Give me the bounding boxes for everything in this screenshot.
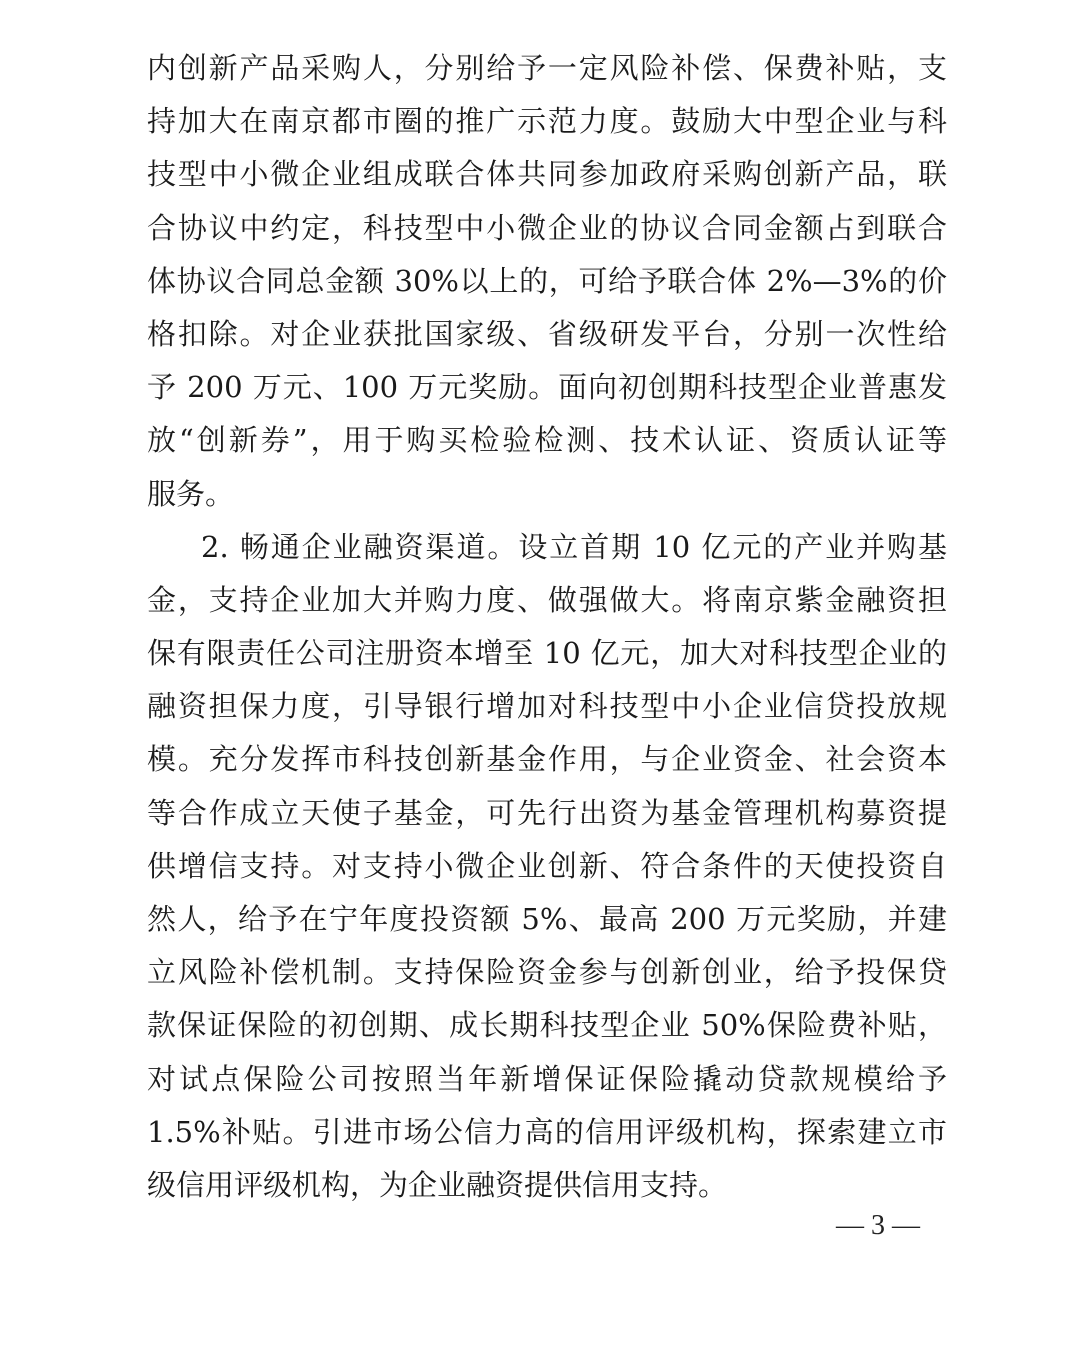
- text-line: 合协议中约定，科技型中小微企业的协议合同金额占到联合: [147, 202, 947, 255]
- text-line: 立风险补偿机制。支持保险资金参与创新创业，给予投保贷: [147, 946, 947, 999]
- body-text: 内创新产品采购人，分别给予一定风险补偿、保费补贴，支 持加大在南京都市圈的推广示…: [147, 42, 947, 1212]
- text-line: 款保证保险的初创期、成长期科技型企业 50%保险费补贴，: [147, 999, 947, 1052]
- text-line: 1.5%补贴。引进市场公信力高的信用评级机构，探索建立市: [147, 1106, 947, 1159]
- text-line: 模。充分发挥市科技创新基金作用，与企业资金、社会资本: [147, 733, 947, 786]
- text-line: 供增信支持。对支持小微企业创新、符合条件的天使投资自: [147, 840, 947, 893]
- text-line: 对试点保险公司按照当年新增保证保险撬动贷款规模给予: [147, 1053, 947, 1106]
- text-line: 级信用评级机构，为企业融资提供信用支持。: [147, 1159, 947, 1212]
- text-line: 融资担保力度，引导银行增加对科技型中小企业信贷投放规: [147, 680, 947, 733]
- text-line: 内创新产品采购人，分别给予一定风险补偿、保费补贴，支: [147, 42, 947, 95]
- section-heading-line: 2. 畅通企业融资渠道。设立首期 10 亿元的产业并购基: [147, 521, 947, 574]
- text-line: 等合作成立天使子基金，可先行出资为基金管理机构募资提: [147, 787, 947, 840]
- document-page: 内创新产品采购人，分别给予一定风险补偿、保费补贴，支 持加大在南京都市圈的推广示…: [0, 0, 1080, 1369]
- text-line: 放“创新券”，用于购买检验检测、技术认证、资质认证等: [147, 414, 947, 467]
- text-line: 予 200 万元、100 万元奖励。面向初创期科技型企业普惠发: [147, 361, 947, 414]
- paragraph-innovation-procurement: 内创新产品采购人，分别给予一定风险补偿、保费补贴，支 持加大在南京都市圈的推广示…: [147, 42, 947, 521]
- text-line: 持加大在南京都市圈的推广示范力度。鼓励大中型企业与科: [147, 95, 947, 148]
- text-line: 技型中小微企业组成联合体共同参加政府采购创新产品，联: [147, 148, 947, 201]
- page-number: — 3 —: [833, 1210, 923, 1242]
- text-line: 服务。: [147, 468, 947, 521]
- text-line: 体协议合同总金额 30%以上的，可给予联合体 2%—3%的价: [147, 255, 947, 308]
- paragraph-financing-channels: 2. 畅通企业融资渠道。设立首期 10 亿元的产业并购基 金，支持企业加大并购力…: [147, 521, 947, 1212]
- text-line: 格扣除。对企业获批国家级、省级研发平台，分别一次性给: [147, 308, 947, 361]
- text-line: 然人，给予在宁年度投资额 5%、最高 200 万元奖励，并建: [147, 893, 947, 946]
- text-line: 金，支持企业加大并购力度、做强做大。将南京紫金融资担: [147, 574, 947, 627]
- text-line: 保有限责任公司注册资本增至 10 亿元，加大对科技型企业的: [147, 627, 947, 680]
